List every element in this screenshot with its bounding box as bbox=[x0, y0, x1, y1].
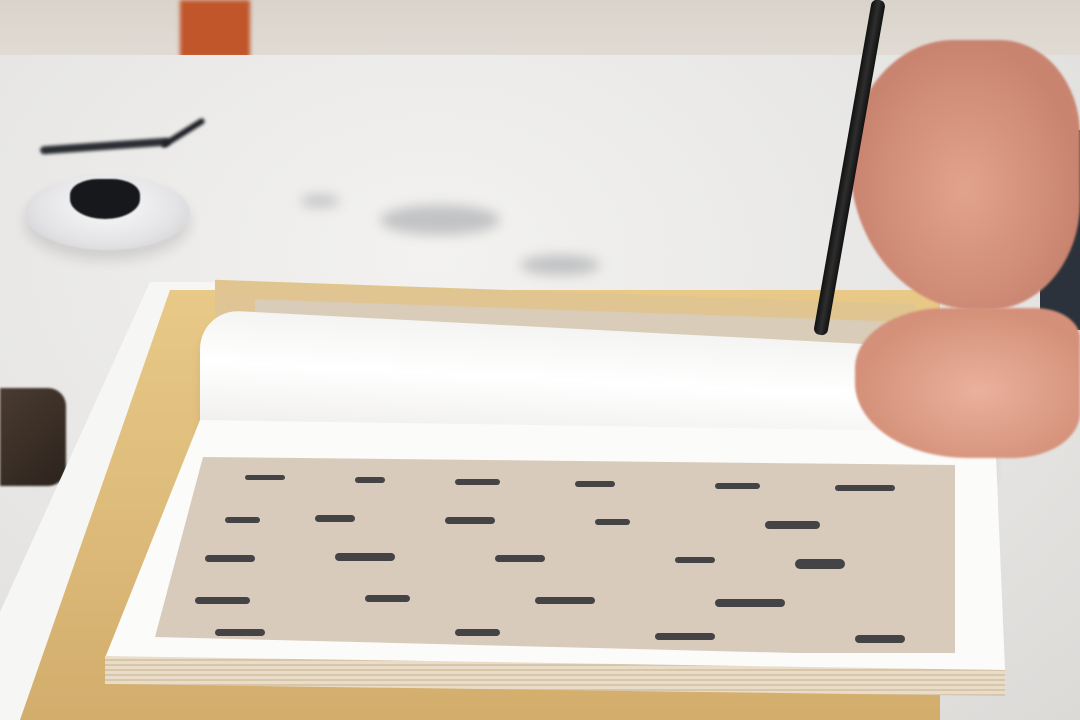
ink-stroke bbox=[225, 517, 260, 523]
ink-stroke bbox=[655, 633, 715, 640]
ink-stroke bbox=[715, 599, 785, 607]
ink-stroke bbox=[355, 477, 385, 483]
ink-dish bbox=[25, 175, 190, 250]
ink-stroke bbox=[205, 555, 255, 562]
ink-smudge bbox=[300, 195, 340, 207]
ink-stroke bbox=[335, 553, 395, 561]
ink-stroke bbox=[455, 629, 500, 636]
ink-stroke bbox=[365, 595, 410, 602]
ink-stroke bbox=[715, 483, 760, 489]
ink-stroke bbox=[855, 635, 905, 643]
ink-stroke bbox=[835, 485, 895, 491]
ink-stroke bbox=[795, 559, 845, 569]
ink-stroke bbox=[675, 557, 715, 563]
ink-smudge bbox=[380, 205, 500, 235]
resting-hand bbox=[855, 308, 1080, 458]
ink-smudge bbox=[520, 255, 600, 275]
ink-stroke bbox=[595, 519, 630, 525]
ink-stroke bbox=[495, 555, 545, 562]
copybook bbox=[105, 420, 1005, 700]
ink-stroke bbox=[245, 475, 285, 480]
ink-stroke bbox=[575, 481, 615, 487]
ink-stroke bbox=[535, 597, 595, 604]
calligraphy-plate bbox=[155, 457, 955, 653]
resting-brush bbox=[40, 128, 200, 158]
brush-handle bbox=[40, 137, 170, 154]
ink-stroke bbox=[765, 521, 820, 529]
ink-pool bbox=[70, 179, 140, 219]
door-frame bbox=[180, 0, 250, 58]
ink-stroke bbox=[215, 629, 265, 636]
ink-stroke bbox=[195, 597, 250, 604]
ink-stroke bbox=[445, 517, 495, 524]
ink-stroke bbox=[455, 479, 500, 485]
ink-stroke bbox=[315, 515, 355, 522]
phone bbox=[0, 388, 66, 486]
